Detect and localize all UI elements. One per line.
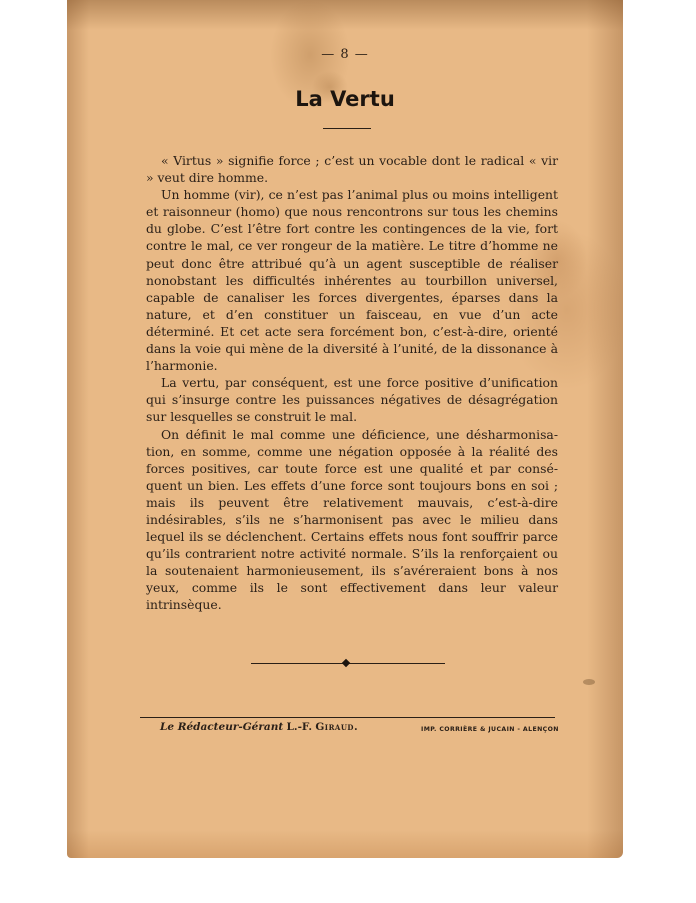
editor-surname: Giraud. — [315, 721, 358, 733]
editor-credit: Le Rédacteur-Gérant L.-F. Giraud. — [160, 721, 358, 733]
document-page: — 8 — La Vertu « Virtus » signifie force… — [67, 0, 623, 858]
end-ornament-divider — [251, 663, 445, 665]
page-number: — 8 — — [67, 47, 623, 62]
paragraph-3: La vertu, par conséquent, est une force … — [146, 374, 558, 425]
paragraph-4: On définit le mal comme une déficience, … — [146, 426, 558, 614]
footer-rule — [140, 717, 555, 718]
diamond-icon — [342, 659, 350, 667]
editor-initials: L.-F. — [287, 721, 312, 733]
paragraph-1: « Virtus » signifie force ; c’est un voc… — [146, 152, 558, 186]
article-body: « Virtus » signifie force ; c’est un voc… — [146, 152, 558, 614]
page-title: La Vertu — [67, 87, 623, 111]
editor-role: Le Rédacteur-Gérant — [160, 721, 283, 733]
paragraph-2: Un homme (vir), ce n’est pas l’animal pl… — [146, 186, 558, 374]
title-underline-rule — [323, 128, 371, 129]
printer-imprint: IMP. CORRIÈRE & JUCAIN - ALENÇON — [421, 726, 559, 733]
ink-smudge — [583, 679, 595, 685]
